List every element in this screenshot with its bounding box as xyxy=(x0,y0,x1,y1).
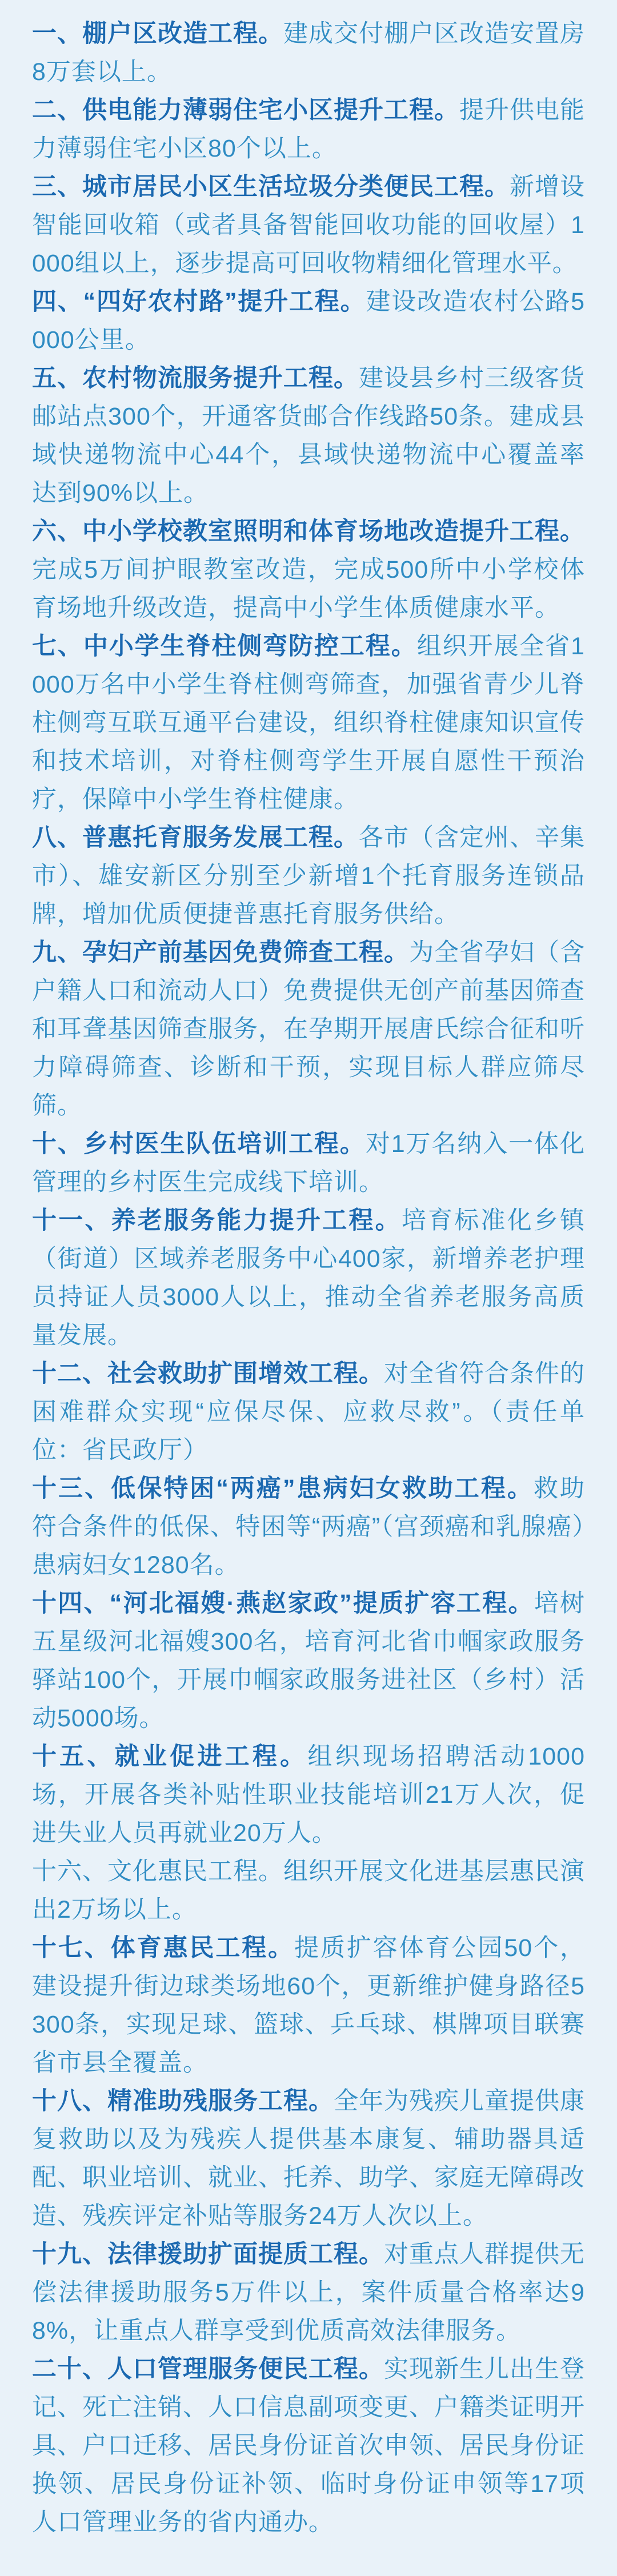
item-title: 十九、法律援助扩面提质工程。 xyxy=(32,2241,384,2268)
item-title: 九、孕妇产前基因免费筛查工程。 xyxy=(32,939,409,966)
list-item: 八、普惠托育服务发展工程。各市（含定州、辛集市）、雄安新区分别至少新增1个托育服… xyxy=(32,819,585,934)
item-title: 二、供电能力薄弱住宅小区提升工程。 xyxy=(32,97,459,124)
list-item: 十八、精准助残服务工程。全年为残疾儿童提供康复救助以及为残疾人提供基本康复、辅助… xyxy=(32,2082,585,2235)
item-title: 十七、体育惠民工程。 xyxy=(32,1934,294,1962)
item-title: 五、农村物流服务提升工程。 xyxy=(32,365,359,392)
project-list-document: 一、棚户区改造工程。建成交付棚户区改造安置房8万套以上。 二、供电能力薄弱住宅小… xyxy=(0,0,617,2576)
item-title: 十二、社会救助扩围增效工程。 xyxy=(32,1360,384,1387)
list-item: 三、城市居民小区生活垃圾分类便民工程。新增设智能回收箱（或者具备智能回收功能的回… xyxy=(32,168,585,283)
list-item: 五、农村物流服务提升工程。建设县乡村三级客货邮站点300个，开通客货邮合作线路5… xyxy=(32,359,585,513)
list-item: 十二、社会救助扩围增效工程。对全省符合条件的困难群众实现“应保尽保、应救尽救”。… xyxy=(32,1355,585,1470)
list-item: 七、中小学生脊柱侧弯防控工程。组织开展全省1000万名中小学生脊柱侧弯筛查，加强… xyxy=(32,627,585,819)
item-title: 四、“四好农村路”提升工程。 xyxy=(32,288,366,315)
list-item: 十、乡村医生队伍培训工程。对1万名纳入一体化管理的乡村医生完成线下培训。 xyxy=(32,1125,585,1202)
list-item: 一、棚户区改造工程。建成交付棚户区改造安置房8万套以上。 xyxy=(32,15,585,91)
item-title: 十、乡村医生队伍培训工程。 xyxy=(32,1130,366,1158)
list-item: 四、“四好农村路”提升工程。建设改造农村公路5000公里。 xyxy=(32,283,585,359)
item-title: 十三、低保特困“两癌”患病妇女救助工程。 xyxy=(32,1475,534,1502)
item-title: 十一、养老服务能力提升工程。 xyxy=(32,1207,402,1234)
list-item: 九、孕妇产前基因免费筛查工程。为全省孕妇（含户籍人口和流动人口）免费提供无创产前… xyxy=(32,934,585,1125)
list-item: 十五、就业促进工程。组织现场招聘活动1000场，开展各类补贴性职业技能培训21万… xyxy=(32,1738,585,1853)
list-item: 十四、“河北福嫂·燕赵家政”提质扩容工程。培树五星级河北福嫂300名，培育河北省… xyxy=(32,1585,585,1738)
list-item: 六、中小学校教室照明和体育场地改造提升工程。完成5万间护眼教室改造，完成500所… xyxy=(32,513,585,627)
item-title: 一、棚户区改造工程。 xyxy=(32,20,283,47)
list-item: 十九、法律援助扩面提质工程。对重点人群提供无偿法律援助服务5万件以上，案件质量合… xyxy=(32,2235,585,2350)
item-body: 完成5万间护眼教室改造，完成500所中小学校体育场地升级改造，提高中小学生体质健… xyxy=(32,556,585,622)
list-item: 二、供电能力薄弱住宅小区提升工程。提升供电能力薄弱住宅小区80个以上。 xyxy=(32,91,585,168)
list-item: 十七、体育惠民工程。提质扩容体育公园50个，建设提升街边球类场地60个，更新维护… xyxy=(32,1929,585,2082)
item-title: 七、中小学生脊柱侧弯防控工程。 xyxy=(32,633,417,660)
list-item: 二十、人口管理服务便民工程。实现新生儿出生登记、死亡注销、人口信息副项变更、户籍… xyxy=(32,2350,585,2542)
item-title: 十六、文化惠民工程。 xyxy=(32,1858,283,1885)
list-item: 十一、养老服务能力提升工程。培育标准化乡镇（街道）区域养老服务中心400家，新增… xyxy=(32,1202,585,1355)
item-title: 三、城市居民小区生活垃圾分类便民工程。 xyxy=(32,173,510,201)
list-item: 十六、文化惠民工程。组织开展文化进基层惠民演出2万场以上。 xyxy=(32,1853,585,1929)
item-title: 六、中小学校教室照明和体育场地改造提升工程。 xyxy=(32,518,585,545)
item-title: 二十、人口管理服务便民工程。 xyxy=(32,2355,384,2383)
item-title: 十八、精准助残服务工程。 xyxy=(32,2087,334,2115)
item-title: 八、普惠托育服务发展工程。 xyxy=(32,824,359,851)
item-title: 十五、就业促进工程。 xyxy=(32,1743,307,1770)
list-item: 十三、低保特困“两癌”患病妇女救助工程。救助符合条件的低保、特困等“两癌”（宫颈… xyxy=(32,1470,585,1585)
item-title: 十四、“河北福嫂·燕赵家政”提质扩容工程。 xyxy=(32,1590,534,1617)
